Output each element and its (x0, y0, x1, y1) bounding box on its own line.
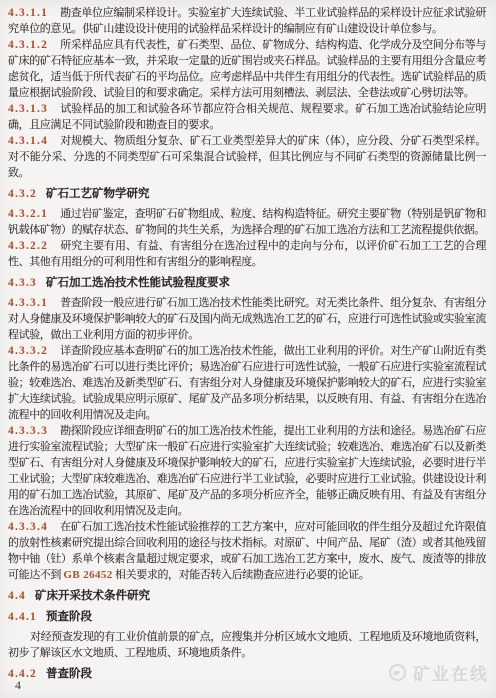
section-text: 详查阶段应基本查明矿石的加工选冶技术性能，做出工业利用的评价。对生产矿山附近有类… (8, 345, 486, 421)
section-number: 4.3.3 (8, 277, 37, 289)
section-text: 对规模大、物质组分复杂、矿石工业类型差异大的矿床（体），应分段、分矿石类型采样。… (8, 135, 486, 179)
document-page: 4.3.1.1勘查单位应编制采样设计。实验室扩大连续试验、半工业试验样品的采样设… (0, 0, 496, 698)
section-text: 通过岩矿鉴定，查明矿石矿物组成、粒度、结构构造特征。研究主要矿物（特别是钒矿物和… (8, 208, 486, 236)
section-number: 4.3.1.4 (8, 135, 48, 147)
section-text: 矿石加工选冶技术性能试验程度要求 (46, 277, 230, 289)
watermark: 矿业在线 (389, 660, 489, 685)
section-paragraph: 4.3.1.1勘查单位应编制采样设计。实验室扩大连续试验、半工业试验样品的采样设… (8, 5, 486, 37)
section-paragraph: 4.3.3.2详查阶段应基本查明矿石的加工选冶技术性能，做出工业利用的评价。对生… (8, 343, 486, 423)
section-number: 4.3.1.3 (8, 103, 48, 115)
section-number: 4.3.3.2 (8, 345, 48, 357)
section-text: 勘探阶段应详细查明矿石的加工选冶技术性能，提出工业利用的方法和途径。易选冶矿石应… (8, 425, 486, 517)
section-number: 4.3.1.2 (8, 39, 48, 51)
section-text: 试验样品的加工和试验各环节都应符合相关规范、规程要求。矿石加工选冶试验结论应明确… (8, 103, 486, 131)
section-text: 勘查单位应编制采样设计。实验室扩大连续试验、半工业试验样品的采样设计应征求试验研… (8, 7, 486, 35)
section-text: 矿床开采技术条件研究 (35, 590, 150, 602)
section-text: 研究主要有用、有益、有害组分在选冶过程中的走向与分布，以评价矿石加工工艺的合理性… (8, 240, 486, 268)
section-number: 4.3.3.1 (8, 297, 48, 309)
section-heading: 4.4.1预查阶段 (8, 609, 486, 625)
section-paragraph: 4.3.3.4在矿石加工选冶技术性能试验推荐的工艺方案中，应对可能回收的伴生组分… (8, 519, 486, 583)
section-text: 矿石工艺矿物学研究 (46, 188, 150, 200)
section-number: 4.4.1 (8, 611, 37, 623)
watermark-text: 矿业在线 (413, 660, 489, 685)
section-paragraph: 4.3.1.4对规模大、物质组分复杂、矿石工业类型差异大的矿床（体），应分段、分… (8, 133, 486, 181)
section-number: 4.3.2 (8, 188, 37, 200)
section-text: 预查阶段 (46, 611, 92, 623)
section-number: 4.3.2.1 (8, 208, 48, 220)
section-text: 普查阶段 (46, 668, 92, 680)
mining-online-logo-icon (389, 664, 406, 681)
section-paragraph: 4.3.2.2研究主要有用、有益、有害组分在选冶过程中的走向与分布，以评价矿石加… (8, 238, 486, 270)
section-number: 4.3.3.4 (8, 521, 48, 533)
section-paragraph: 4.3.2.1通过岩矿鉴定，查明矿石矿物组成、粒度、结构构造特征。研究主要矿物（… (8, 206, 486, 238)
section-number: 4.3.2.2 (8, 240, 48, 252)
section-paragraph: 对经预查发现的有工业价值前景的矿点，应搜集并分析区域水文地质、工程地质及环境地质… (8, 629, 486, 661)
section-number: 4.4 (8, 590, 26, 602)
section-text: 普查阶段一般应进行矿石加工选冶技术性能类比研究。对无类比条件、组分复杂、有害组分… (8, 297, 486, 341)
section-number: 4.3.1.1 (8, 7, 48, 19)
section-text: 在矿石加工选冶技术性能试验推荐的工艺方案中，应对可能回收的伴生组分及超过允许限值… (8, 521, 486, 581)
standard-reference: GB 26452 (63, 569, 112, 581)
section-heading: 4.4矿床开采技术条件研究 (8, 588, 486, 604)
section-paragraph: 4.3.3.3勘探阶段应详细查明矿石的加工选冶技术性能，提出工业利用的方法和途径… (8, 423, 486, 519)
section-paragraph: 4.3.3.1普查阶段一般应进行矿石加工选冶技术性能类比研究。对无类比条件、组分… (8, 295, 486, 343)
section-text: 所采样品应具有代表性，矿石类型、品位、矿物成分、结构构造、化学成分及空间分布等与… (8, 39, 486, 99)
section-heading: 4.3.3矿石加工选冶技术性能试验程度要求 (8, 275, 486, 291)
section-heading: 4.3.2矿石工艺矿物学研究 (8, 186, 486, 202)
page-number: 4 (15, 678, 21, 693)
section-number: 4.4.2 (8, 668, 37, 680)
section-paragraph: 4.3.1.2所采样品应具有代表性，矿石类型、品位、矿物成分、结构构造、化学成分… (8, 37, 486, 101)
section-number: 4.3.3.3 (8, 425, 48, 437)
section-paragraph: 4.3.1.3试验样品的加工和试验各环节都应符合相关规范、规程要求。矿石加工选冶… (8, 101, 486, 133)
document-content: 4.3.1.1勘查单位应编制采样设计。实验室扩大连续试验、半工业试验样品的采样设… (8, 5, 486, 686)
section-text: 对经预查发现的有工业价值前景的矿点，应搜集并分析区域水文地质、工程地质及环境地质… (8, 631, 486, 659)
